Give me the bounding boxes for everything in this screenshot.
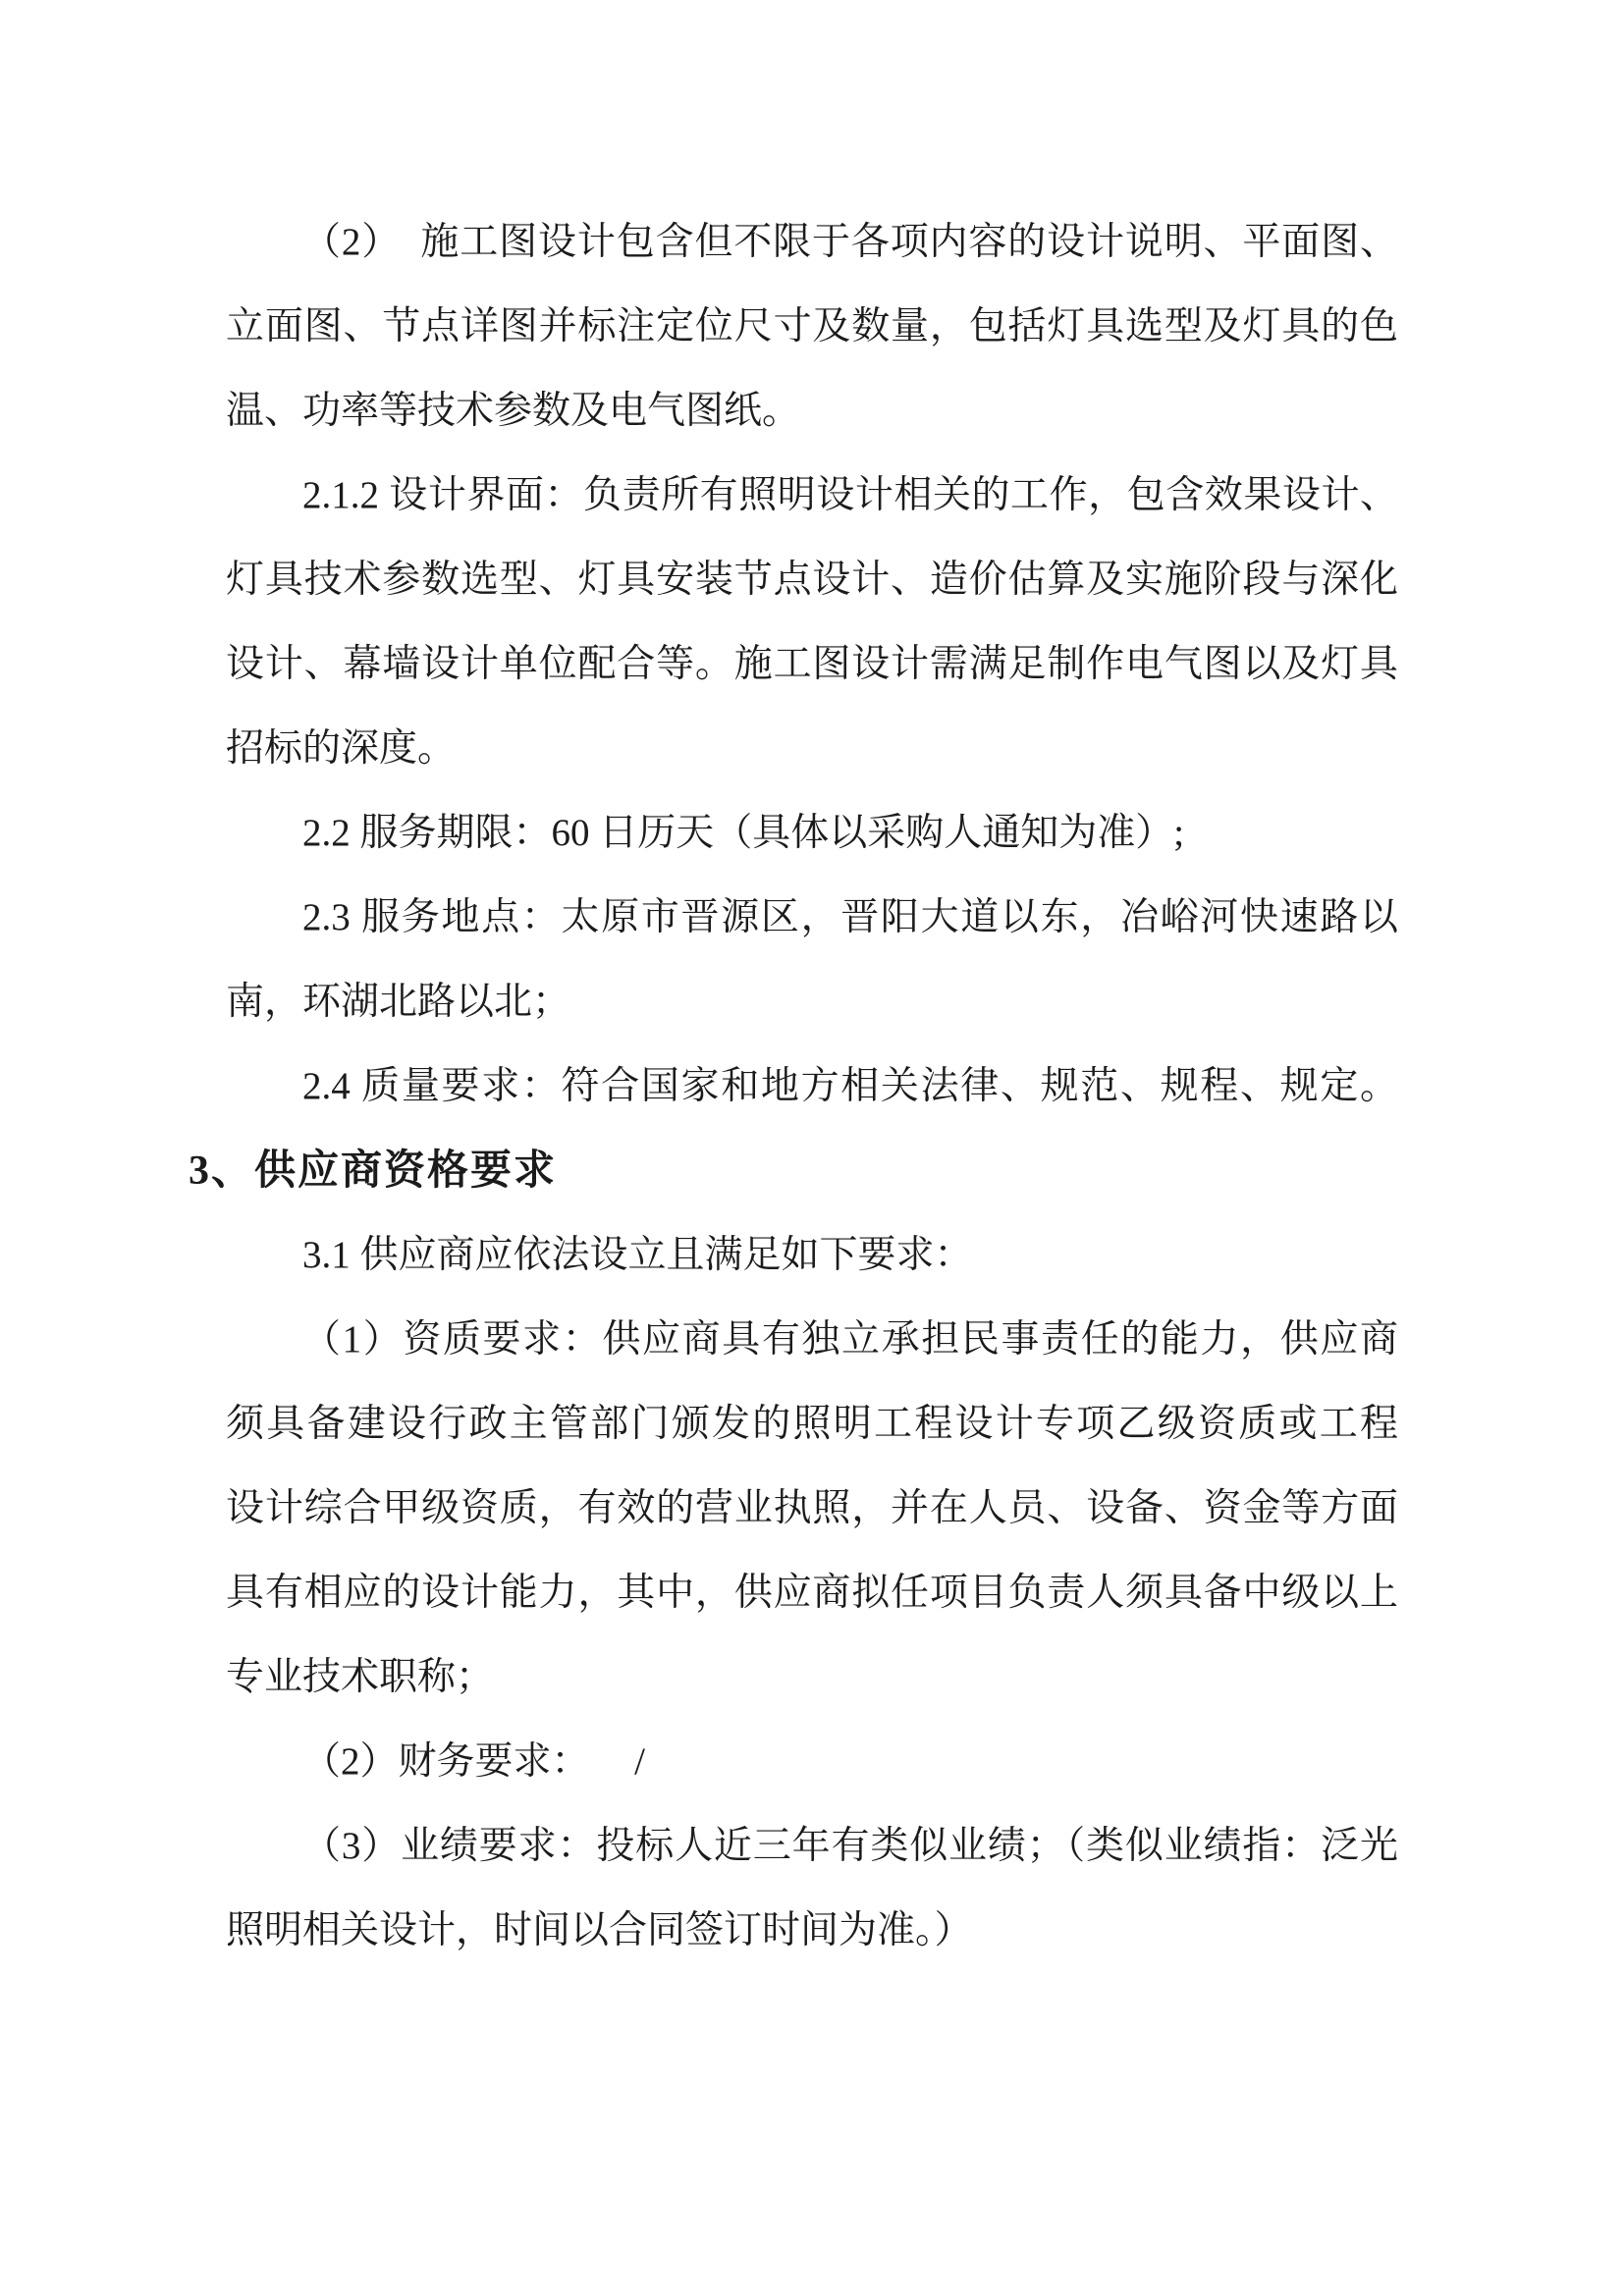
text-line: 南，环湖北路以北； [226,960,1398,1044]
quality-requirement-line: 2.4 质量要求：符合国家和地方相关法律、规范、规程、规定。 [226,1044,1398,1129]
text-line: 招标的深度。 [226,707,1398,791]
paragraph-construction-drawing-scope: （2） 施工图设计包含但不限于各项内容的设计说明、平面图、 立面图、节点详图并标… [226,200,1398,454]
supplier-setup-line: 3.1 供应商应依法设立且满足如下要求： [226,1213,1398,1298]
text-line: 照明相关设计，时间以合同签订时间为准。） [226,1889,1398,1973]
document-page: （2） 施工图设计包含但不限于各项内容的设计说明、平面图、 立面图、节点详图并标… [0,0,1624,2296]
text-line: 须具备建设行政主管部门颁发的照明工程设计专项乙级资质或工程 [226,1382,1398,1467]
paragraph-finance-requirement: （2）财务要求：/ [226,1720,1398,1804]
paragraph-service-period: 2.2 服务期限：60 日历天（具体以采购人通知为准）; [226,791,1398,876]
paragraph-performance-requirement: （3）业绩要求：投标人近三年有类似业绩；（类似业绩指：泛光 照明相关设计，时间以… [226,1804,1398,1973]
finance-requirement-label: （2）财务要求： [302,1740,590,1783]
text-line: （3）业绩要求：投标人近三年有类似业绩；（类似业绩指：泛光 [226,1804,1398,1889]
section-supplier-qualification: 3、供应商资格要求 [226,1129,1398,1213]
paragraph-quality-requirement: 2.4 质量要求：符合国家和地方相关法律、规范、规程、规定。 [226,1044,1398,1129]
text-line: 立面图、节点详图并标注定位尺寸及数量，包括灯具选型及灯具的色 [226,285,1398,369]
text-line: 灯具技术参数选型、灯具安装节点设计、造价估算及实施阶段与深化 [226,538,1398,622]
text-line: 2.3 服务地点：太原市晋源区，晋阳大道以东，冶峪河快速路以 [226,876,1398,960]
paragraph-qualification-requirement: （1）资质要求：供应商具有独立承担民事责任的能力，供应商 须具备建设行政主管部门… [226,1298,1398,1720]
text-line: （2） 施工图设计包含但不限于各项内容的设计说明、平面图、 [226,200,1398,285]
text-line: 具有相应的设计能力，其中，供应商拟任项目负责人须具备中级以上 [226,1551,1398,1635]
text-line: 专业技术职称； [226,1635,1398,1720]
text-line: 温、功率等技术参数及电气图纸。 [226,369,1398,454]
text-line: 2.1.2 设计界面：负责所有照明设计相关的工作，包含效果设计、 [226,454,1398,538]
service-period-line: 2.2 服务期限：60 日历天（具体以采购人通知为准）; [226,791,1398,876]
text-line: （1）资质要求：供应商具有独立承担民事责任的能力，供应商 [226,1298,1398,1382]
finance-requirement-line: （2）财务要求：/ [226,1720,1398,1804]
document-body: （2） 施工图设计包含但不限于各项内容的设计说明、平面图、 立面图、节点详图并标… [0,0,1624,1973]
blank-underline: / [590,1720,690,1804]
text-line: 设计综合甲级资质，有效的营业执照，并在人员、设备、资金等方面 [226,1467,1398,1551]
paragraph-design-interface: 2.1.2 设计界面：负责所有照明设计相关的工作，包含效果设计、 灯具技术参数选… [226,454,1398,791]
paragraph-supplier-setup: 3.1 供应商应依法设立且满足如下要求： [226,1213,1398,1298]
section-heading: 3、供应商资格要求 [189,1129,1398,1213]
paragraph-service-location: 2.3 服务地点：太原市晋源区，晋阳大道以东，冶峪河快速路以 南，环湖北路以北； [226,876,1398,1044]
text-line: 设计、幕墙设计单位配合等。施工图设计需满足制作电气图以及灯具 [226,622,1398,707]
